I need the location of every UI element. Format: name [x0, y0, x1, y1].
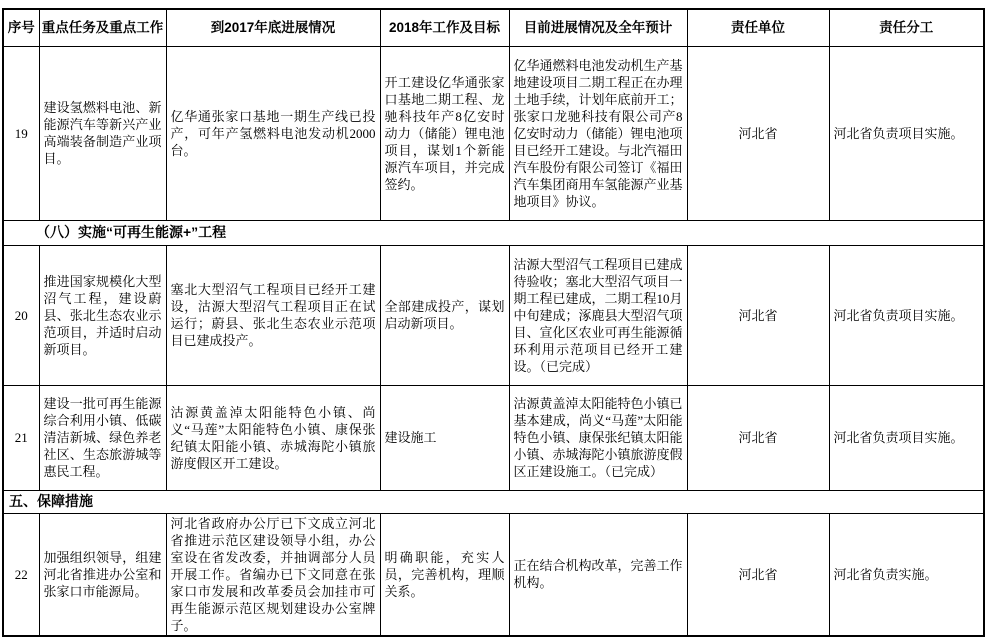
task-cell: 推进国家规模化大型沼气工程，建设蔚县、张北生态农业示范项目，并适时启动新项目。	[39, 245, 166, 385]
responsible-unit-cell: 河北省	[687, 245, 829, 385]
table-header-row: 序号 重点任务及重点工作 到2017年底进展情况 2018年工作及目标 目前进展…	[3, 9, 984, 46]
current-progress-cell: 亿华通燃料电池发动机生产基地建设项目二期工程正在办理土地手续，计划年底前开工；张…	[509, 46, 687, 220]
work-2018-cell: 开工建设亿华通张家口基地二期工程、龙驰科技年产8亿安时动力（储能）锂电池项目，谋…	[380, 46, 509, 220]
section-title-safeguards: 五、保障措施	[3, 490, 984, 513]
section-title-renewable-plus: （八）实施“可再生能源+”工程	[3, 220, 984, 245]
work-2018-cell: 建设施工	[380, 385, 509, 490]
task-cell: 建设一批可再生能源综合利用小镇、低碳清洁新城、绿色养老社区、生态旅游城等惠民工程…	[39, 385, 166, 490]
table-row-20: 20 推进国家规模化大型沼气工程，建设蔚县、张北生态农业示范项目，并适时启动新项…	[3, 245, 984, 385]
work-2018-cell: 全部建成投产，谋划启动新项目。	[380, 245, 509, 385]
column-header-2017-progress: 到2017年底进展情况	[166, 9, 380, 46]
serial-cell: 21	[3, 385, 39, 490]
responsible-unit-cell: 河北省	[687, 385, 829, 490]
responsible-unit-cell: 河北省	[687, 46, 829, 220]
column-header-serial: 序号	[3, 9, 39, 46]
work-2018-cell: 明确职能，充实人员，完善机构，理顺关系。	[380, 513, 509, 636]
current-progress-cell: 沽源大型沼气工程项目已建成待验收；塞北大型沼气项目一期工程已建成，二期工程10月…	[509, 245, 687, 385]
responsibility-division-cell: 河北省负责实施。	[829, 513, 984, 636]
progress-2017-cell: 塞北大型沼气工程项目已经开工建设，沽源大型沼气工程项目正在试运行；蔚县、张北生态…	[166, 245, 380, 385]
responsibility-division-cell: 河北省负责项目实施。	[829, 46, 984, 220]
serial-cell: 19	[3, 46, 39, 220]
column-header-current-progress: 目前进展情况及全年预计	[509, 9, 687, 46]
column-header-responsibility-division: 责任分工	[829, 9, 984, 46]
current-progress-cell: 沽源黄盖淖太阳能特色小镇已基本建成，尚义“马莲”太阳能特色小镇、康保张纪镇太阳能…	[509, 385, 687, 490]
current-progress-cell: 正在结合机构改革，完善工作机构。	[509, 513, 687, 636]
column-header-responsible-unit: 责任单位	[687, 9, 829, 46]
table-row-21: 21 建设一批可再生能源综合利用小镇、低碳清洁新城、绿色养老社区、生态旅游城等惠…	[3, 385, 984, 490]
serial-cell: 22	[3, 513, 39, 636]
responsible-unit-cell: 河北省	[687, 513, 829, 636]
table-row-22: 22 加强组织领导，组建河北省推进办公室和张家口市能源局。 河北省政府办公厅已下…	[3, 513, 984, 636]
column-header-2018-goals: 2018年工作及目标	[380, 9, 509, 46]
section-row-renewable-plus: （八）实施“可再生能源+”工程	[3, 220, 984, 245]
task-cell: 加强组织领导，组建河北省推进办公室和张家口市能源局。	[39, 513, 166, 636]
responsibility-division-cell: 河北省负责项目实施。	[829, 245, 984, 385]
task-cell: 建设氢燃料电池、新能源汽车等新兴产业高端装备制造产业项目。	[39, 46, 166, 220]
section-row-safeguards: 五、保障措施	[3, 490, 984, 513]
responsibility-division-cell: 河北省负责项目实施。	[829, 385, 984, 490]
progress-report-table: 序号 重点任务及重点工作 到2017年底进展情况 2018年工作及目标 目前进展…	[2, 8, 985, 637]
serial-cell: 20	[3, 245, 39, 385]
progress-2017-cell: 河北省政府办公厅已下文成立河北省推进示范区建设领导小组，办公室设在省发改委，并抽…	[166, 513, 380, 636]
progress-2017-cell: 亿华通张家口基地一期生产线已投产，可年产氢燃料电池发动机2000台。	[166, 46, 380, 220]
table-row-19: 19 建设氢燃料电池、新能源汽车等新兴产业高端装备制造产业项目。 亿华通张家口基…	[3, 46, 984, 220]
progress-2017-cell: 沽源黄盖淖太阳能特色小镇、尚义“马莲”太阳能特色小镇、康保张纪镇太阳能小镇、赤城…	[166, 385, 380, 490]
column-header-task: 重点任务及重点工作	[39, 9, 166, 46]
